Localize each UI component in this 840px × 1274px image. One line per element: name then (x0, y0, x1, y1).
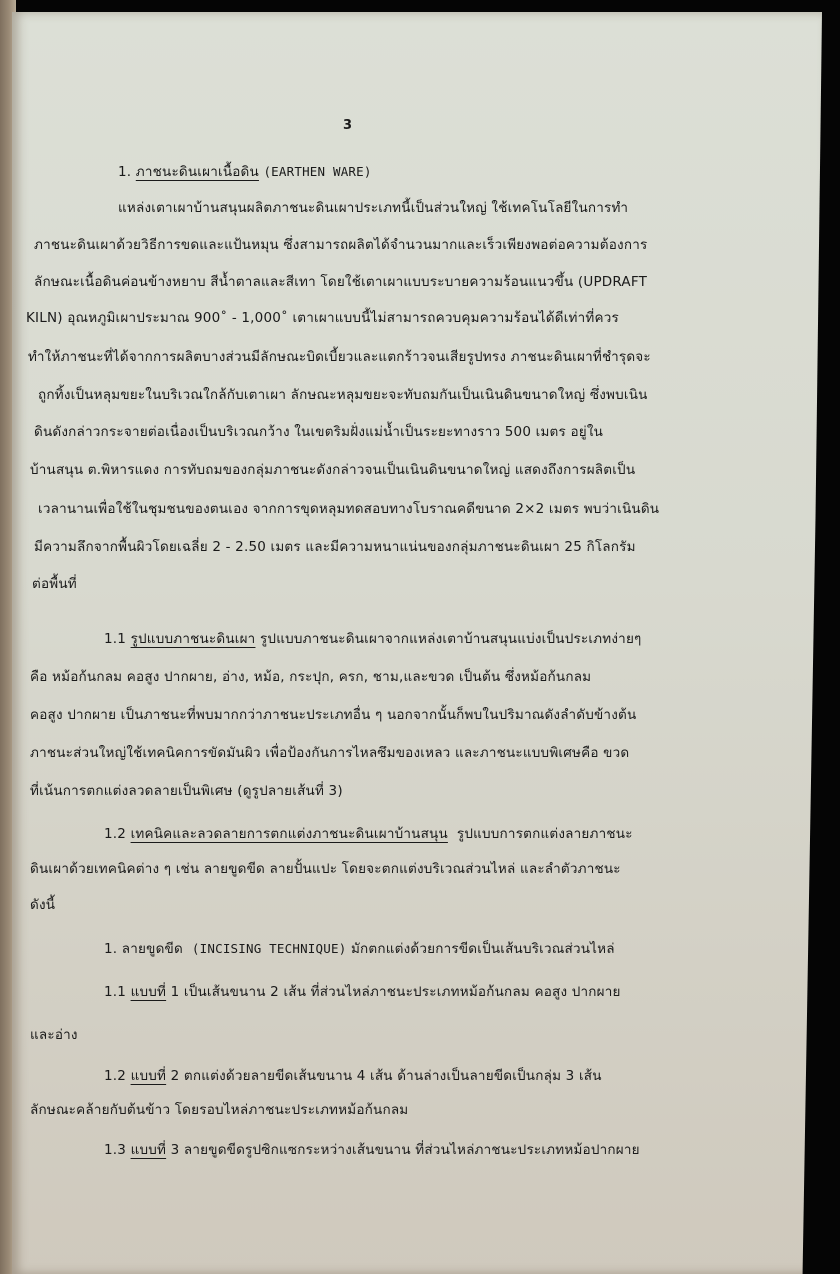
style-label: แบบที่ (131, 1142, 167, 1158)
paragraph-line: ลักษณะคล้ายกับต้นข้าว โดยรอบไหล่ภาชนะประ… (30, 1098, 408, 1120)
technique-1: 1. ลายขูดขีด (INCISING TECHNIQUE) มักตกแ… (104, 937, 615, 959)
paragraph-line: ถูกทิ้งเป็นหลุมขยะในบริเวณใกล้กับเตาเผา … (38, 383, 648, 405)
paragraph-line: ที่เน้นการตกแต่งลวดลายเป็นพิเศษ (ดูรูปลา… (30, 779, 343, 801)
style-item-1: 1.1 แบบที่ 1 เป็นเส้นขนาน 2 เส้น ที่ส่วน… (104, 980, 621, 1002)
paragraph-line: คือ หม้อก้นกลม คอสูง ปากผาย, อ่าง, หม้อ,… (30, 665, 591, 687)
section-heading: 1. ภาชนะดินเผาเนื้อดิน (EARTHEN WARE) (118, 160, 372, 182)
style-desc: 3 ลายขูดขีดรูปซิกแซกระหว่างเส้นขนาน ที่ส… (171, 1142, 640, 1158)
subsection-1-1-heading: 1.1 รูปแบบภาชนะดินเผา รูปแบบภาชนะดินเผาจ… (104, 627, 642, 649)
style-label: แบบที่ (131, 984, 167, 1000)
paragraph-line: มีความลึกจากพื้นผิวโดยเฉลี่ย 2 - 2.50 เม… (34, 535, 636, 557)
style-number: 1.2 (104, 1068, 126, 1084)
paragraph-line: KILN) อุณหภูมิเผาประมาณ 900˚ - 1,000˚ เต… (26, 306, 619, 328)
subsection-number: 1.1 (104, 631, 126, 647)
style-label: แบบที่ (131, 1068, 167, 1084)
paragraph-line: ภาชนะส่วนใหญ่ใช้เทคนิคการขัดมันผิว เพื่อ… (30, 741, 629, 763)
technique-desc: มักตกแต่งด้วยการขีดเป็นเส้นบริเวณส่วนไหล… (351, 941, 615, 957)
subsection-title: เทคนิคและลวดลายการตกแต่งภาชนะดินเผาบ้านส… (131, 826, 448, 842)
paragraph-line: เวลานานเพื่อใช้ในชุมชนของตนเอง จากการขุด… (38, 497, 659, 519)
paragraph-line: คอสูง ปากผาย เป็นภาชนะที่พบมากกว่าภาชนะป… (30, 703, 636, 725)
style-number: 1.1 (104, 984, 126, 1000)
style-desc: 1 เป็นเส้นขนาน 2 เส้น ที่ส่วนไหล่ภาชนะปร… (171, 984, 621, 1000)
page-number: 3 (343, 118, 352, 133)
paragraph-line: แหล่งเตาเผาบ้านสนุนผลิตภาชนะดินเผาประเภท… (118, 196, 628, 218)
section-title-en: (EARTHEN WARE) (263, 164, 371, 179)
subsection-title: รูปแบบภาชนะดินเผา (131, 631, 256, 647)
paragraph-line: ทำให้ภาชนะที่ได้จากการผลิตบางส่วนมีลักษณ… (28, 345, 651, 367)
paragraph-line: ดังนี้ (30, 893, 55, 915)
subsection-number: 1.2 (104, 826, 126, 842)
technique-name-en: (INCISING TECHNIQUE) (192, 941, 347, 956)
section-title-th: ภาชนะดินเผาเนื้อดิน (136, 164, 259, 180)
paragraph-line: รูปแบบการตกแต่งลายภาชนะ (457, 826, 633, 842)
style-item-2: 1.2 แบบที่ 2 ตกแต่งด้วยลายขีดเส้นขนาน 4 … (104, 1064, 602, 1086)
paragraph-line: ดินเผาด้วยเทคนิคต่าง ๆ เช่น ลายขูดขีด ลา… (30, 857, 621, 879)
technique-name: ลายขูดขีด (122, 941, 183, 957)
paragraph-line: บ้านสนุน ต.พิหารแดง การทับถมของกลุ่มภาชน… (30, 458, 635, 480)
subsection-1-2-heading: 1.2 เทคนิคและลวดลายการตกแต่งภาชนะดินเผาบ… (104, 822, 633, 844)
paragraph-line: ต่อพื้นที่ (32, 572, 77, 594)
paragraph-line: และอ่าง (30, 1023, 78, 1045)
paragraph-line: รูปแบบภาชนะดินเผาจากแหล่งเตาบ้านสนุนแบ่ง… (260, 631, 642, 647)
style-item-3: 1.3 แบบที่ 3 ลายขูดขีดรูปซิกแซกระหว่างเส… (104, 1138, 640, 1160)
section-number: 1. (118, 164, 131, 180)
style-desc: 2 ตกแต่งด้วยลายขีดเส้นขนาน 4 เส้น ด้านล่… (171, 1068, 602, 1084)
style-number: 1.3 (104, 1142, 126, 1158)
paragraph-line: ลักษณะเนื้อดินค่อนข้างหยาบ สีน้ำตาลและสี… (34, 270, 647, 292)
technique-number: 1. (104, 941, 117, 957)
paragraph-line: ภาชนะดินเผาด้วยวิธีการขดและแป้นหมุน ซึ่ง… (34, 233, 647, 255)
paragraph-line: ดินดังกล่าวกระจายต่อเนื่องเป็นบริเวณกว้า… (34, 420, 603, 442)
